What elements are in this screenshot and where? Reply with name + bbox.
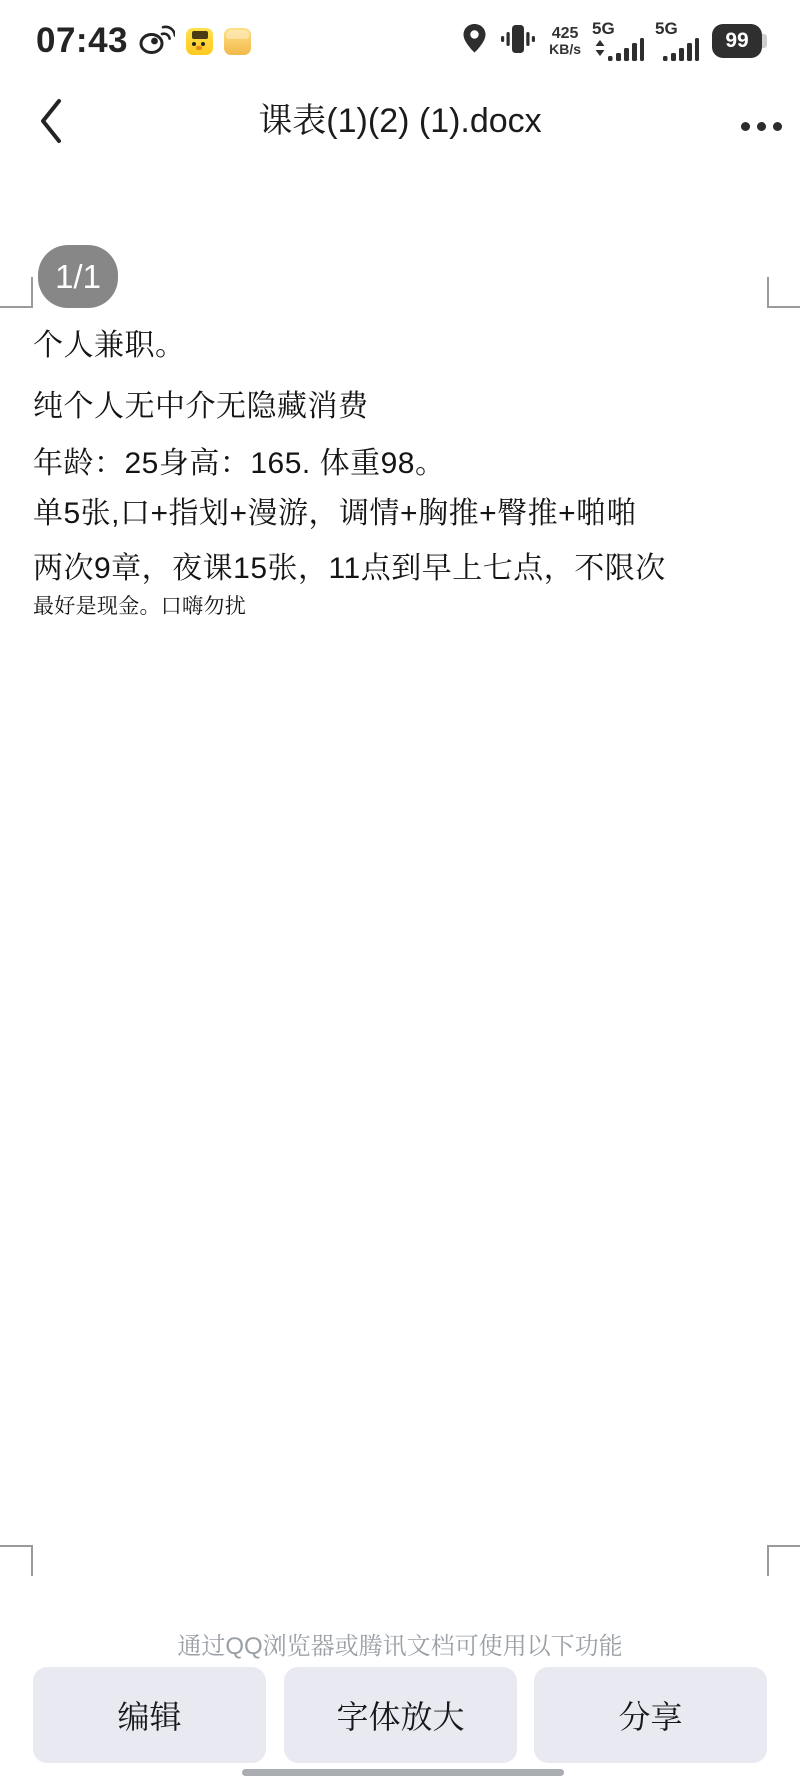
page-indicator-badge: 1/1 (38, 245, 118, 308)
doc-text-line: 年龄：25身高：165. 体重98。 (33, 438, 778, 482)
status-bar-right: 425 KB/s 5G 5G (462, 20, 762, 62)
nav-bar: 课表(1)(2) (1).docx (0, 90, 800, 154)
amber-app-notification-icon (224, 28, 251, 55)
share-button[interactable]: 分享 (534, 1667, 767, 1763)
sim1-network-type: 5G (592, 19, 615, 39)
doc-text-line: 纯个人无中介无隐藏消费 (33, 381, 778, 425)
location-icon (462, 23, 487, 59)
more-options-icon (741, 122, 750, 131)
enlarge-font-button[interactable]: 字体放大 (284, 1667, 517, 1763)
network-speed: 425 KB/s (549, 26, 581, 57)
more-options-button[interactable] (737, 118, 786, 135)
page-corner-top-right (767, 277, 800, 308)
back-chevron-icon (36, 94, 66, 148)
clock: 07:43 (36, 21, 128, 61)
screen: 07:43 (0, 0, 800, 1778)
page-corner-bottom-right (767, 1545, 800, 1576)
sim2-signal: 5G (655, 20, 699, 62)
doc-text-line: 最好是现金。口嗨勿扰 (33, 590, 778, 620)
network-speed-value: 425 (549, 26, 581, 42)
vibrate-icon (498, 22, 538, 61)
document-title: 课表(1)(2) (1).docx (0, 90, 800, 152)
page-corner-top-left (0, 277, 33, 308)
network-speed-unit: KB/s (549, 42, 581, 56)
home-indicator[interactable] (242, 1769, 564, 1776)
sim1-signal: 5G (592, 20, 644, 62)
page-indicator: 1/1 (55, 258, 101, 296)
page-corner-bottom-left (0, 1545, 33, 1576)
status-bar: 07:43 (0, 0, 800, 76)
doc-text-line: 两次9章，夜课15张，11点到早上七点，不限次 (33, 543, 778, 587)
signal-bars-icon (661, 37, 699, 61)
chick-app-notification-icon (186, 28, 213, 55)
edit-button[interactable]: 编辑 (33, 1667, 266, 1763)
signal-arrows-icon (594, 37, 644, 61)
status-bar-left: 07:43 (36, 21, 251, 61)
battery-icon: 99 (712, 24, 762, 58)
back-button[interactable] (36, 94, 76, 150)
doc-text-line: 单5张,口+指划+漫游，调情+胸推+臀推+啪啪 (33, 488, 778, 532)
battery-level: 99 (725, 29, 748, 53)
doc-text-line: 个人兼职。 (33, 320, 778, 364)
footer-hint: 通过QQ浏览器或腾讯文档可使用以下功能 (0, 1626, 800, 1661)
sim2-network-type: 5G (655, 19, 678, 39)
weibo-icon (139, 24, 175, 59)
